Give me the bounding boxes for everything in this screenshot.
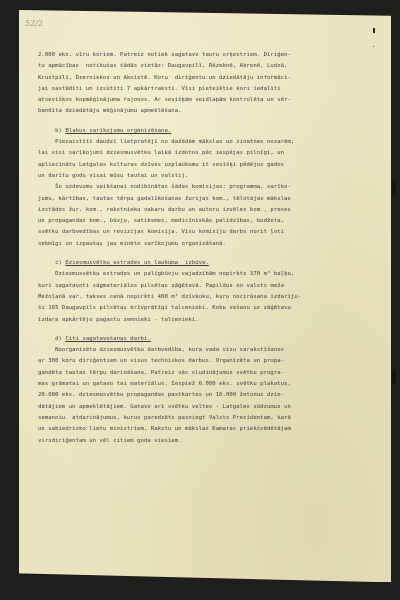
text-line: Piesaistīti daudzi lietpratēji no dažādā… (38, 137, 366, 148)
section-c-marker: c) (55, 260, 62, 266)
section-d-marker: d) (55, 336, 62, 342)
ink-mark (373, 28, 375, 33)
punch-hole-bottom (392, 370, 396, 384)
paragraph-intro: 2.000 eks. vīru koriem. Patreiz notiek s… (38, 50, 366, 118)
text-line: un darītu godu visai mūsu tautai un vals… (38, 171, 366, 182)
text-line: Krustpilī, Dzerniekos un Aknīstē. Koru d… (38, 73, 366, 84)
text-line: atsevišķos kopmēģinājuma rajonos. Ar sev… (38, 95, 366, 106)
text-line: Mežoļanā var. takses cenā nopirkti 400 m… (38, 292, 366, 303)
text-line: mas grāmatai un gatavo tai materiālus. I… (38, 379, 366, 390)
text-line: virsdiriģentam un vēl citiem goda viesie… (38, 436, 366, 447)
text-line: un propagandas kom., būvju, satiksmes, m… (38, 216, 366, 227)
section-b-heading: b) Blakus sarīkojumu organizēšana. (38, 126, 366, 137)
section-c-heading: c) Dziesmusvētku estrades un laukuma izb… (38, 258, 366, 269)
text-line: Noorganizēta dziesmusvētku darbvedība, k… (38, 345, 366, 356)
document-body: 2.000 eks. vīru koriem. Patreiz notiek s… (38, 50, 366, 447)
text-line: jai sastādīti un izsūtīti 7 apkārtraksti… (38, 84, 366, 95)
text-line: kuri sagatavoti sāgmateriālos pilsētas z… (38, 281, 366, 292)
text-line: 20.000 eks. dziesmusvētku propagandas pa… (38, 390, 366, 401)
section-c-body: Dziesmusvētku estrades un palīgbūvju vaj… (38, 269, 366, 325)
text-line: 2.000 eks. vīru koriem. Patreiz notiek s… (38, 50, 366, 61)
text-line: svētku darbvedības un revizijas komisija… (38, 227, 366, 238)
text-line: ši 165 Daugavpils pilsētas brīvprātīgi t… (38, 303, 366, 314)
page-number-mark: 52/2 (25, 19, 43, 28)
text-line: jumu, kārtības, tautas tērpu gadalīkošan… (38, 194, 366, 205)
section-d-title: Citi sagatavošanas darbi. (65, 336, 150, 342)
text-line: sekmīgi un izpaušas jau minēto sarīkojum… (38, 239, 366, 250)
section-c-title: Dziesmusvētku estrades un laukuma izbūve… (65, 260, 209, 266)
text-line: gandēta tautas tērpu darināšana. Patreiz… (38, 368, 366, 379)
text-line: un sabiedrisko lietu ministriem, Rakstu … (38, 424, 366, 435)
text-line: apliecinātu Latgales kulturas dzīves uzp… (38, 160, 366, 171)
text-line: izdara apkārtējo pagastu zemnieki - talc… (38, 315, 366, 326)
punch-hole-top (392, 180, 396, 194)
ink-dot (373, 46, 374, 47)
text-line: izstādes žur. kom., rakstnieku vakaru da… (38, 205, 366, 216)
section-b-marker: b) (55, 128, 62, 134)
text-line: semanniu atdarinājumus, kurus paredzēts … (38, 413, 366, 424)
document-page: 52/2 2.000 eks. vīru koriem. Patreiz not… (19, 10, 391, 582)
section-d-heading: d) Citi sagatavošanas darbi. (38, 334, 366, 345)
section-b-title: Blakus sarīkojumu organizēšana. (65, 128, 171, 134)
section-b-body: Piesaistīti daudzi lietpratēji no dažādā… (38, 137, 366, 250)
text-line: lai visi sarīkojumi dziesmusvētku laikā … (38, 148, 366, 159)
text-line: Šo uzdevumu veikšanai nodibinātas šādas … (38, 182, 366, 193)
text-line: tu apmācības notikušas šādās vietās: Dau… (38, 61, 366, 72)
text-line: bandīta dziedātāju mēģinājumu apmeklēšan… (38, 106, 366, 117)
text-line: dātājiem un apmeklētājiem. Gatavo arī sv… (38, 402, 366, 413)
text-line: ar 300 koru diriģentiem un visus technis… (38, 356, 366, 367)
text-line: Dziesmusvētku estrades un palīgbūvju vaj… (38, 269, 366, 280)
section-d-body: Noorganizēta dziesmusvētku darbvedība, k… (38, 345, 366, 447)
